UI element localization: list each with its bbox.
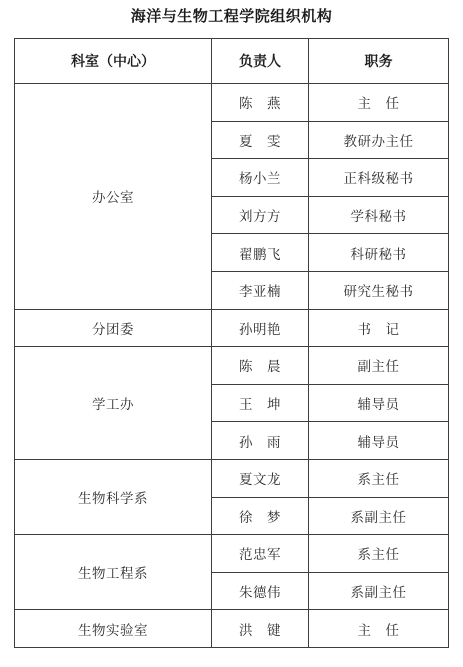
name-cell: 朱德伟 xyxy=(212,572,309,610)
name-cell: 孙明艳 xyxy=(212,309,309,347)
position-cell: 系副主任 xyxy=(309,572,449,610)
name-cell: 夏 雯 xyxy=(212,121,309,159)
name-cell: 杨小兰 xyxy=(212,159,309,197)
position-cell: 学科秘书 xyxy=(309,196,449,234)
org-structure-table: 科室（中心） 负责人 职务 办公室 陈 燕 主 任 夏 雯 教研办主任 杨小兰 … xyxy=(14,38,449,648)
name-cell: 翟鹏飞 xyxy=(212,234,309,272)
department-cell: 学工办 xyxy=(15,347,212,460)
name-cell: 洪 键 xyxy=(212,610,309,648)
header-row: 科室（中心） 负责人 职务 xyxy=(15,39,449,84)
position-cell: 教研办主任 xyxy=(309,121,449,159)
position-cell: 科研秘书 xyxy=(309,234,449,272)
position-cell: 主 任 xyxy=(309,84,449,122)
name-cell: 陈 晨 xyxy=(212,347,309,385)
name-cell: 王 坤 xyxy=(212,384,309,422)
department-cell: 生物科学系 xyxy=(15,459,212,534)
position-cell: 副主任 xyxy=(309,347,449,385)
header-cell-person: 负责人 xyxy=(212,39,309,84)
table-row: 生物科学系 夏文龙 系主任 xyxy=(15,459,449,497)
department-cell: 办公室 xyxy=(15,84,212,310)
table-row: 学工办 陈 晨 副主任 xyxy=(15,347,449,385)
table-row: 生物实验室 洪 键 主 任 xyxy=(15,610,449,648)
name-cell: 陈 燕 xyxy=(212,84,309,122)
department-cell: 生物实验室 xyxy=(15,610,212,648)
position-cell: 主 任 xyxy=(309,610,449,648)
name-cell: 孙 雨 xyxy=(212,422,309,460)
position-cell: 辅导员 xyxy=(309,422,449,460)
name-cell: 李亚楠 xyxy=(212,271,309,309)
name-cell: 徐 梦 xyxy=(212,497,309,535)
table-row: 分团委 孙明艳 书 记 xyxy=(15,309,449,347)
table-row: 生物工程系 范忠军 系主任 xyxy=(15,535,449,573)
header-cell-position: 职务 xyxy=(309,39,449,84)
name-cell: 范忠军 xyxy=(212,535,309,573)
name-cell: 夏文龙 xyxy=(212,459,309,497)
name-cell: 刘方方 xyxy=(212,196,309,234)
header-cell-department: 科室（中心） xyxy=(15,39,212,84)
department-cell: 生物工程系 xyxy=(15,535,212,610)
position-cell: 系主任 xyxy=(309,535,449,573)
department-cell: 分团委 xyxy=(15,309,212,347)
page-title: 海洋与生物工程学院组织机构 xyxy=(0,0,463,26)
table-row: 办公室 陈 燕 主 任 xyxy=(15,84,449,122)
position-cell: 系主任 xyxy=(309,459,449,497)
position-cell: 书 记 xyxy=(309,309,449,347)
position-cell: 系副主任 xyxy=(309,497,449,535)
position-cell: 辅导员 xyxy=(309,384,449,422)
position-cell: 正科级秘书 xyxy=(309,159,449,197)
position-cell: 研究生秘书 xyxy=(309,271,449,309)
